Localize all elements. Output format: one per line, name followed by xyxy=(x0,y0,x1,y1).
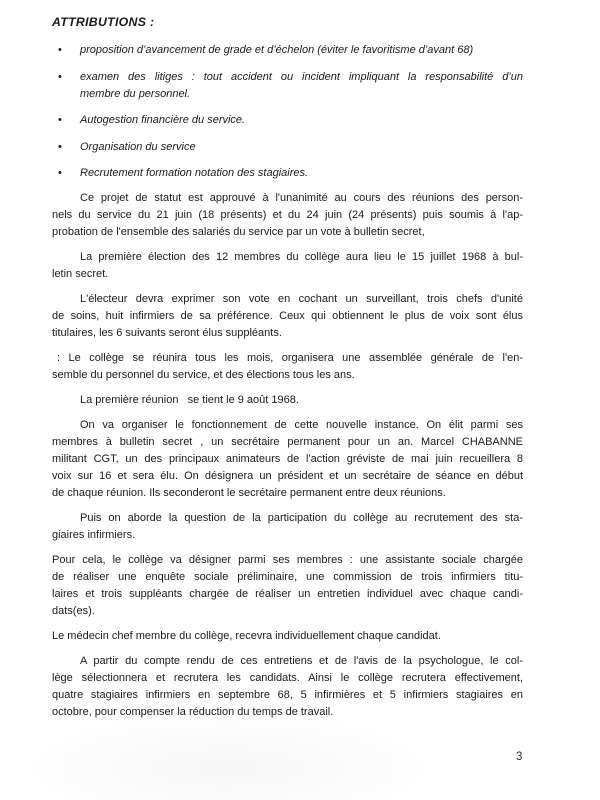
paragraph-line: militant CGT, un des principaux animateu… xyxy=(52,451,523,468)
bullet-line: proposition d’avancement de grade et d’é… xyxy=(80,42,523,59)
paragraph: La première élection des 12 membres du c… xyxy=(52,249,523,283)
paragraph-line: octobre, pour compenser la réduction du … xyxy=(52,704,523,721)
bullet-text: Autogestion financière du service. xyxy=(80,112,523,129)
bullet-item: •Recrutement formation notation des stag… xyxy=(52,165,523,182)
bullet-text: Organisation du service xyxy=(80,139,523,156)
bullet-dot-icon: • xyxy=(52,69,80,103)
document-page: ATTRIBUTIONS : •proposition d’avancement… xyxy=(0,0,600,800)
paragraph-line: dats(es). xyxy=(52,603,523,620)
paragraph-line: nels du service du 21 juin (18 présents)… xyxy=(52,207,523,224)
bullet-line: examen des litiges : tout accident ou in… xyxy=(80,69,523,86)
paragraph: Puis on aborde la question de la partici… xyxy=(52,510,523,544)
paragraph-line: letin secret. xyxy=(52,266,523,283)
paragraph-line: membres à bulletin secret , un secrétair… xyxy=(52,434,523,451)
bullet-item: •examen des litiges : tout accident ou i… xyxy=(52,69,523,103)
paragraph: A partir du compte rendu de ces entretie… xyxy=(52,653,523,721)
bullet-line: Recrutement formation notation des stagi… xyxy=(80,165,523,182)
paragraph: Ce projet de statut est approuvé à l'una… xyxy=(52,190,523,241)
paragraph-line: semble du personnel du service, et des é… xyxy=(52,367,523,384)
paragraph-line: laires et trois suppléants chargée de ré… xyxy=(52,586,523,603)
bullet-list: •proposition d’avancement de grade et d’… xyxy=(52,42,523,182)
paragraph-line: lège sélectionnera et recrutera les cand… xyxy=(52,670,523,687)
paragraph-line: Ce projet de statut est approuvé à l'una… xyxy=(52,190,523,207)
bullet-text: Recrutement formation notation des stagi… xyxy=(80,165,523,182)
paragraph-line: de réaliser une enquête sociale prélimin… xyxy=(52,569,523,586)
paragraph-line: Pour cela, le collège va désigner parmi … xyxy=(52,552,523,569)
bullet-text: examen des litiges : tout accident ou in… xyxy=(80,69,523,103)
paragraph-line: La première élection des 12 membres du c… xyxy=(52,249,523,266)
paragraph: La première réunion se tient le 9 août 1… xyxy=(52,392,523,409)
paragraph-list: Ce projet de statut est approuvé à l'una… xyxy=(52,190,523,721)
bullet-dot-icon: • xyxy=(52,165,80,182)
bullet-item: •proposition d’avancement de grade et d’… xyxy=(52,42,523,59)
bullet-line: Autogestion financière du service. xyxy=(80,112,523,129)
paragraph-line: La première réunion se tient le 9 août 1… xyxy=(52,392,523,409)
section-title: ATTRIBUTIONS : xyxy=(52,12,523,32)
paragraph-line: On va organiser le fonctionnement de cet… xyxy=(52,417,523,434)
paragraph-line: de soins, huit infirmiers de sa préféren… xyxy=(52,308,523,325)
paragraph: : Le collège se réunira tous les mois, o… xyxy=(52,350,523,384)
paragraph-line: giaires infirmiers. xyxy=(52,527,523,544)
paragraph: On va organiser le fonctionnement de cet… xyxy=(52,417,523,502)
page-number: 3 xyxy=(516,751,522,764)
paragraph: Le médecin chef membre du collège, recev… xyxy=(52,628,523,645)
paragraph: L'électeur devra exprimer son vote en co… xyxy=(52,291,523,342)
paragraph-line: : Le collège se réunira tous les mois, o… xyxy=(52,350,523,367)
paragraph-line: probation de l'ensemble des salariés du … xyxy=(52,224,523,241)
paragraph-line: A partir du compte rendu de ces entretie… xyxy=(52,653,523,670)
bullet-dot-icon: • xyxy=(52,112,80,129)
bullet-item: •Autogestion financière du service. xyxy=(52,112,523,129)
bullet-line: membre du personnel. xyxy=(80,86,523,103)
paragraph-line: L'électeur devra exprimer son vote en co… xyxy=(52,291,523,308)
bullet-item: •Organisation du service xyxy=(52,139,523,156)
bullet-text: proposition d’avancement de grade et d’é… xyxy=(80,42,523,59)
paragraph-line: de chaque réunion. Ils seconderont le se… xyxy=(52,485,523,502)
page-content: ATTRIBUTIONS : •proposition d’avancement… xyxy=(52,12,523,721)
paragraph-line: voix sur 16 et sera élu. On désignera un… xyxy=(52,468,523,485)
bullet-line: Organisation du service xyxy=(80,139,523,156)
paragraph: Pour cela, le collège va désigner parmi … xyxy=(52,552,523,620)
paragraph-line: Puis on aborde la question de la partici… xyxy=(52,510,523,527)
paragraph-line: Le médecin chef membre du collège, recev… xyxy=(52,628,523,645)
paragraph-line: quatre stagiaires infirmiers en septembr… xyxy=(52,687,523,704)
bullet-dot-icon: • xyxy=(52,42,80,59)
paragraph-line: titulaires, les 6 suivants seront élus s… xyxy=(52,325,523,342)
bullet-dot-icon: • xyxy=(52,139,80,156)
